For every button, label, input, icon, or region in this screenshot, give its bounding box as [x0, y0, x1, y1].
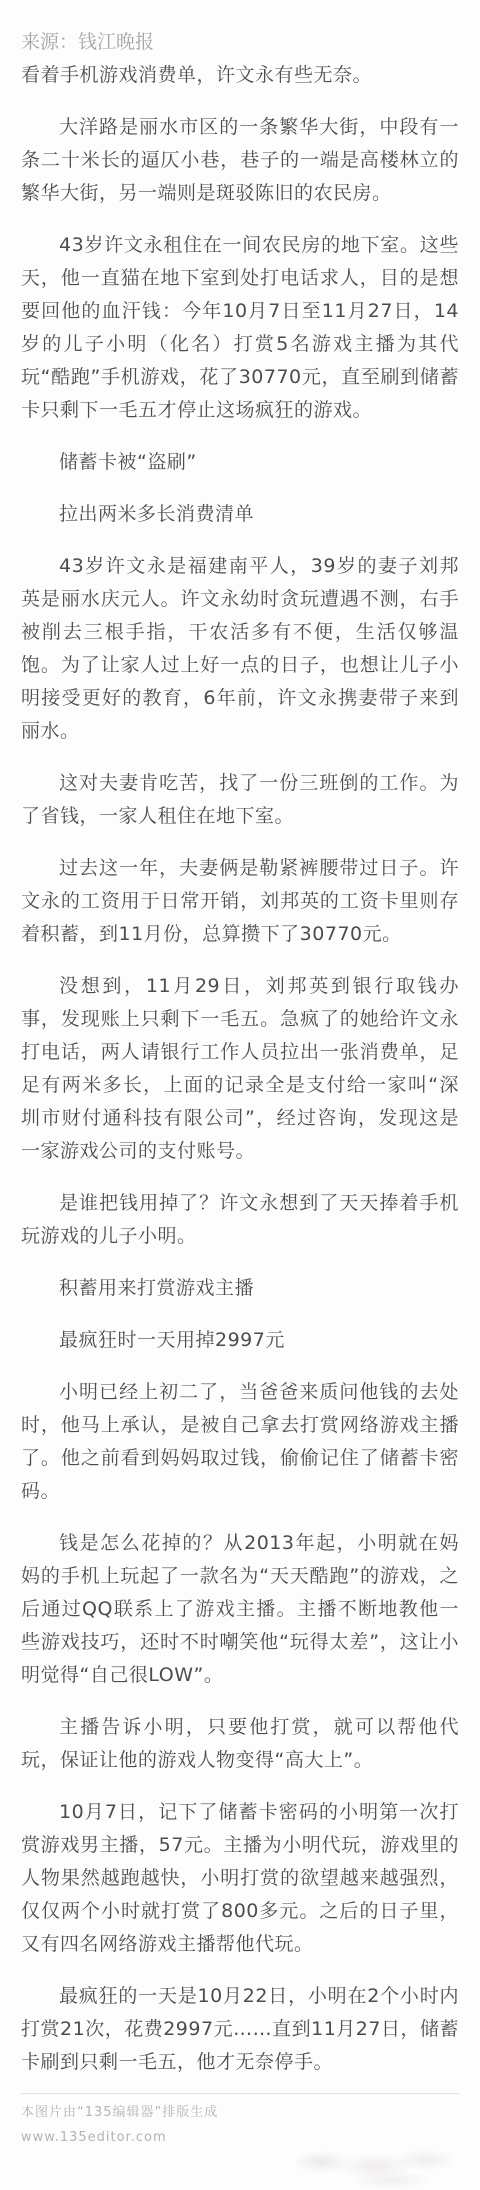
subheading: 储蓄卡被“盗刷” — [21, 446, 459, 479]
source-line: 来源：钱江晚报 — [21, 26, 459, 59]
paragraph: 小明已经上初二了，当爸爸来质问他钱的去处时，他马上承认，是被自己拿去打赏网络游戏… — [21, 1376, 459, 1508]
footer-credit: 本图片由“135编辑器”排版生成 — [21, 2104, 459, 2121]
paragraph: 看着手机游戏消费单，许文永有些无奈。 — [21, 59, 459, 92]
paragraph: 43岁许文永是福建南平人，39岁的妻子刘邦英是丽水庆元人。许文永幼时贪玩遭遇不测… — [21, 550, 459, 748]
paragraph: 这对夫妻肯吃苦，找了一份三班倒的工作。为了省钱，一家人租住在地下室。 — [21, 767, 459, 833]
paragraph: 最疯狂的一天是10月22日，小明在2个小时内打赏21次，花费2997元……直到1… — [21, 1980, 459, 2079]
paragraph: 是谁把钱用掉了？许文永想到了天天捧着手机玩游戏的儿子小明。 — [21, 1187, 459, 1253]
paragraph: 过去这一年，夫妻俩是勒紧裤腰带过日子。许文永的工资用于日常开销，刘邦英的工资卡里… — [21, 852, 459, 951]
footer-url: www.135editor.com — [21, 2129, 459, 2146]
footer-divider — [21, 2093, 459, 2094]
watermark — [291, 2140, 451, 2190]
subheading: 积蓄用来打赏游戏主播 — [21, 1272, 459, 1305]
subheading: 最疯狂时一天用掉2997元 — [21, 1324, 459, 1357]
subheading: 拉出两米多长消费清单 — [21, 498, 459, 531]
paragraph: 没想到，11月29日，刘邦英到银行取钱办事，发现账上只剩下一毛五。急疯了的她给许… — [21, 970, 459, 1168]
article-page: 来源：钱江晚报 看着手机游戏消费单，许文永有些无奈。 大洋路是丽水市区的一条繁华… — [0, 0, 480, 2190]
footer: 本图片由“135编辑器”排版生成 www.135editor.com — [21, 2093, 459, 2190]
paragraph: 10月7日，记下了储蓄卡密码的小明第一次打赏游戏男主播，57元。主播为小明代玩，… — [21, 1796, 459, 1961]
paragraph: 钱是怎么花掉的？从2013年起，小明就在妈妈的手机上玩起了一款名为“天天酷跑”的… — [21, 1527, 459, 1692]
paragraph: 43岁许文永租住在一间农民房的地下室。这些天，他一直猫在地下室到处打电话求人，目… — [21, 229, 459, 427]
paragraph: 大洋路是丽水市区的一条繁华大街，中段有一条二十米长的逼仄小巷，巷子的一端是高楼林… — [21, 111, 459, 210]
paragraph: 主播告诉小明，只要他打赏，就可以帮他代玩，保证让他的游戏人物变得“高大上”。 — [21, 1711, 459, 1777]
